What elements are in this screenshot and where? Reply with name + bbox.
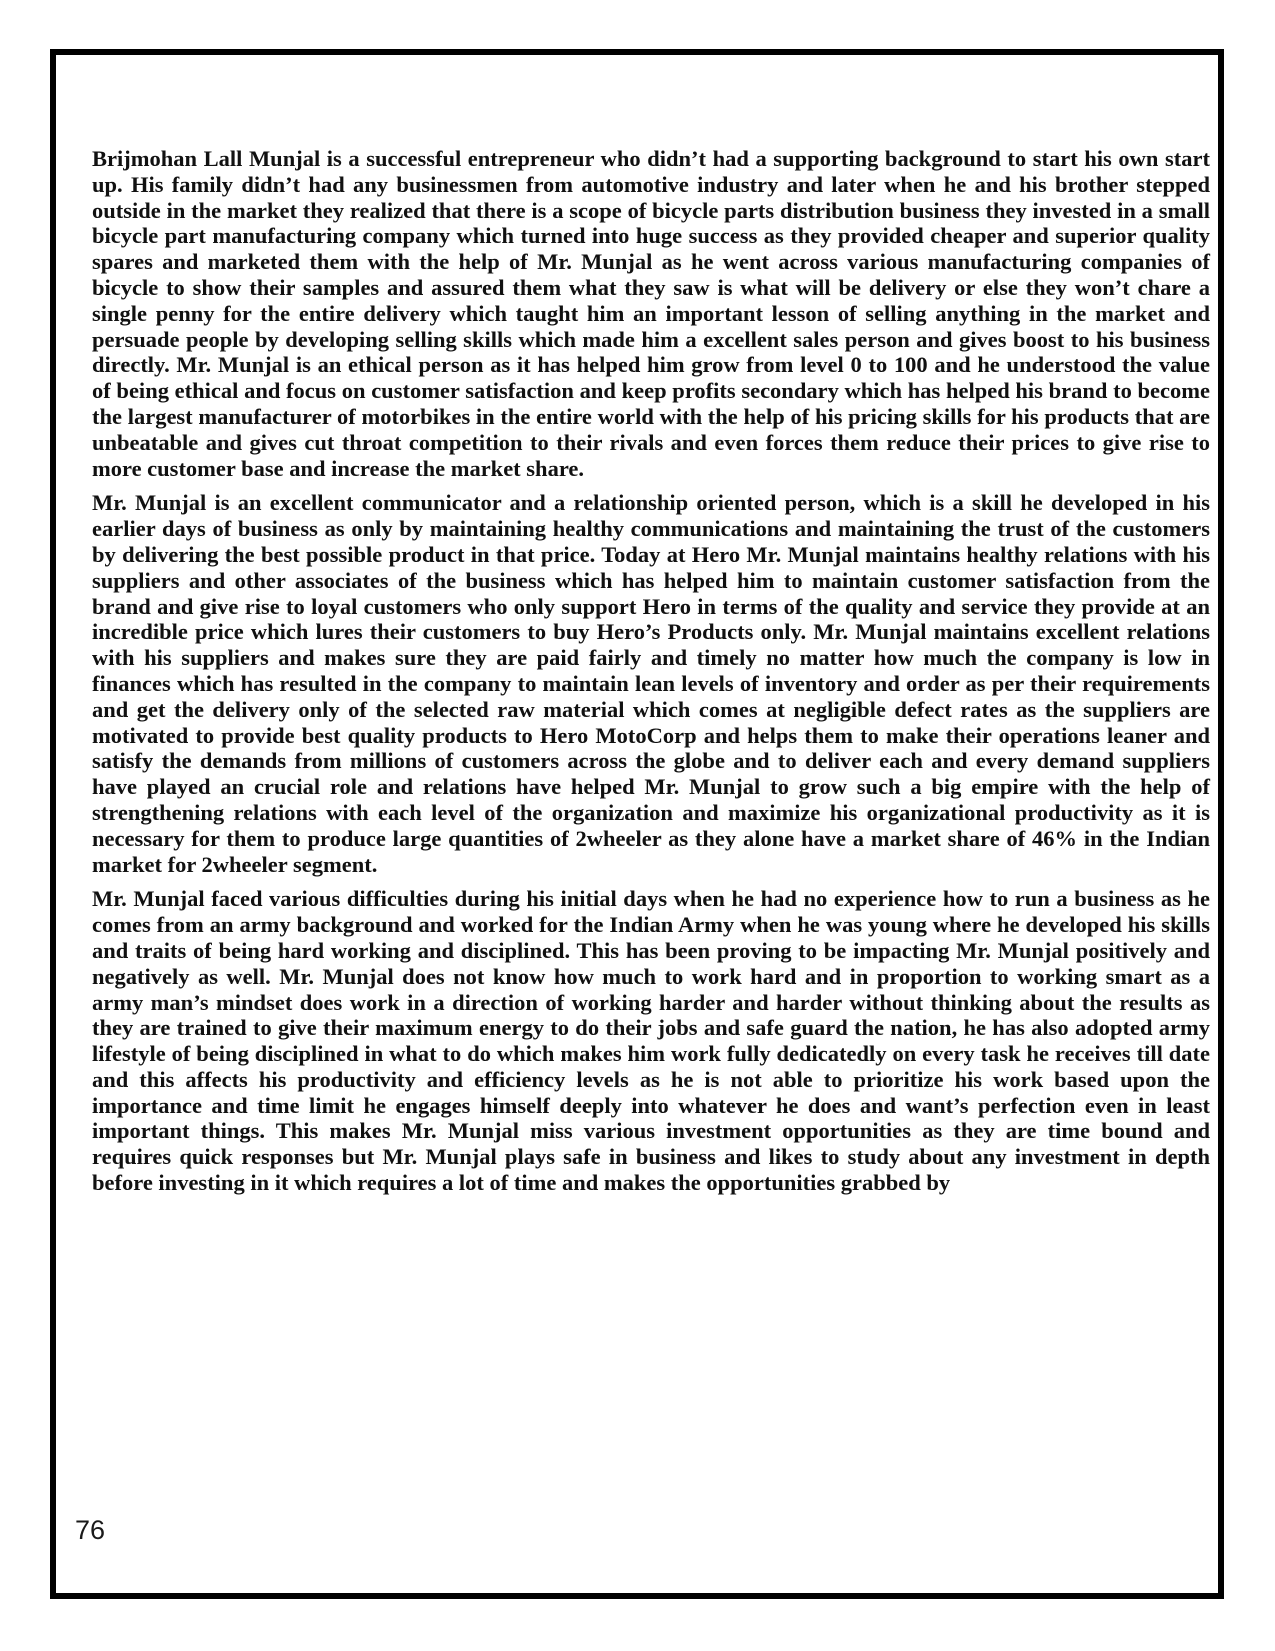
paragraph-entrepreneur-background: Brijmohan Lall Munjal is a successful en… [92, 146, 1210, 481]
page-number: 76 [75, 1516, 105, 1544]
paragraph-communicator-relations: Mr. Munjal is an excellent communicator … [92, 490, 1210, 877]
paragraph-difficulties-army: Mr. Munjal faced various difficulties du… [92, 886, 1210, 1196]
text-block: Brijmohan Lall Munjal is a successful en… [92, 146, 1210, 1205]
